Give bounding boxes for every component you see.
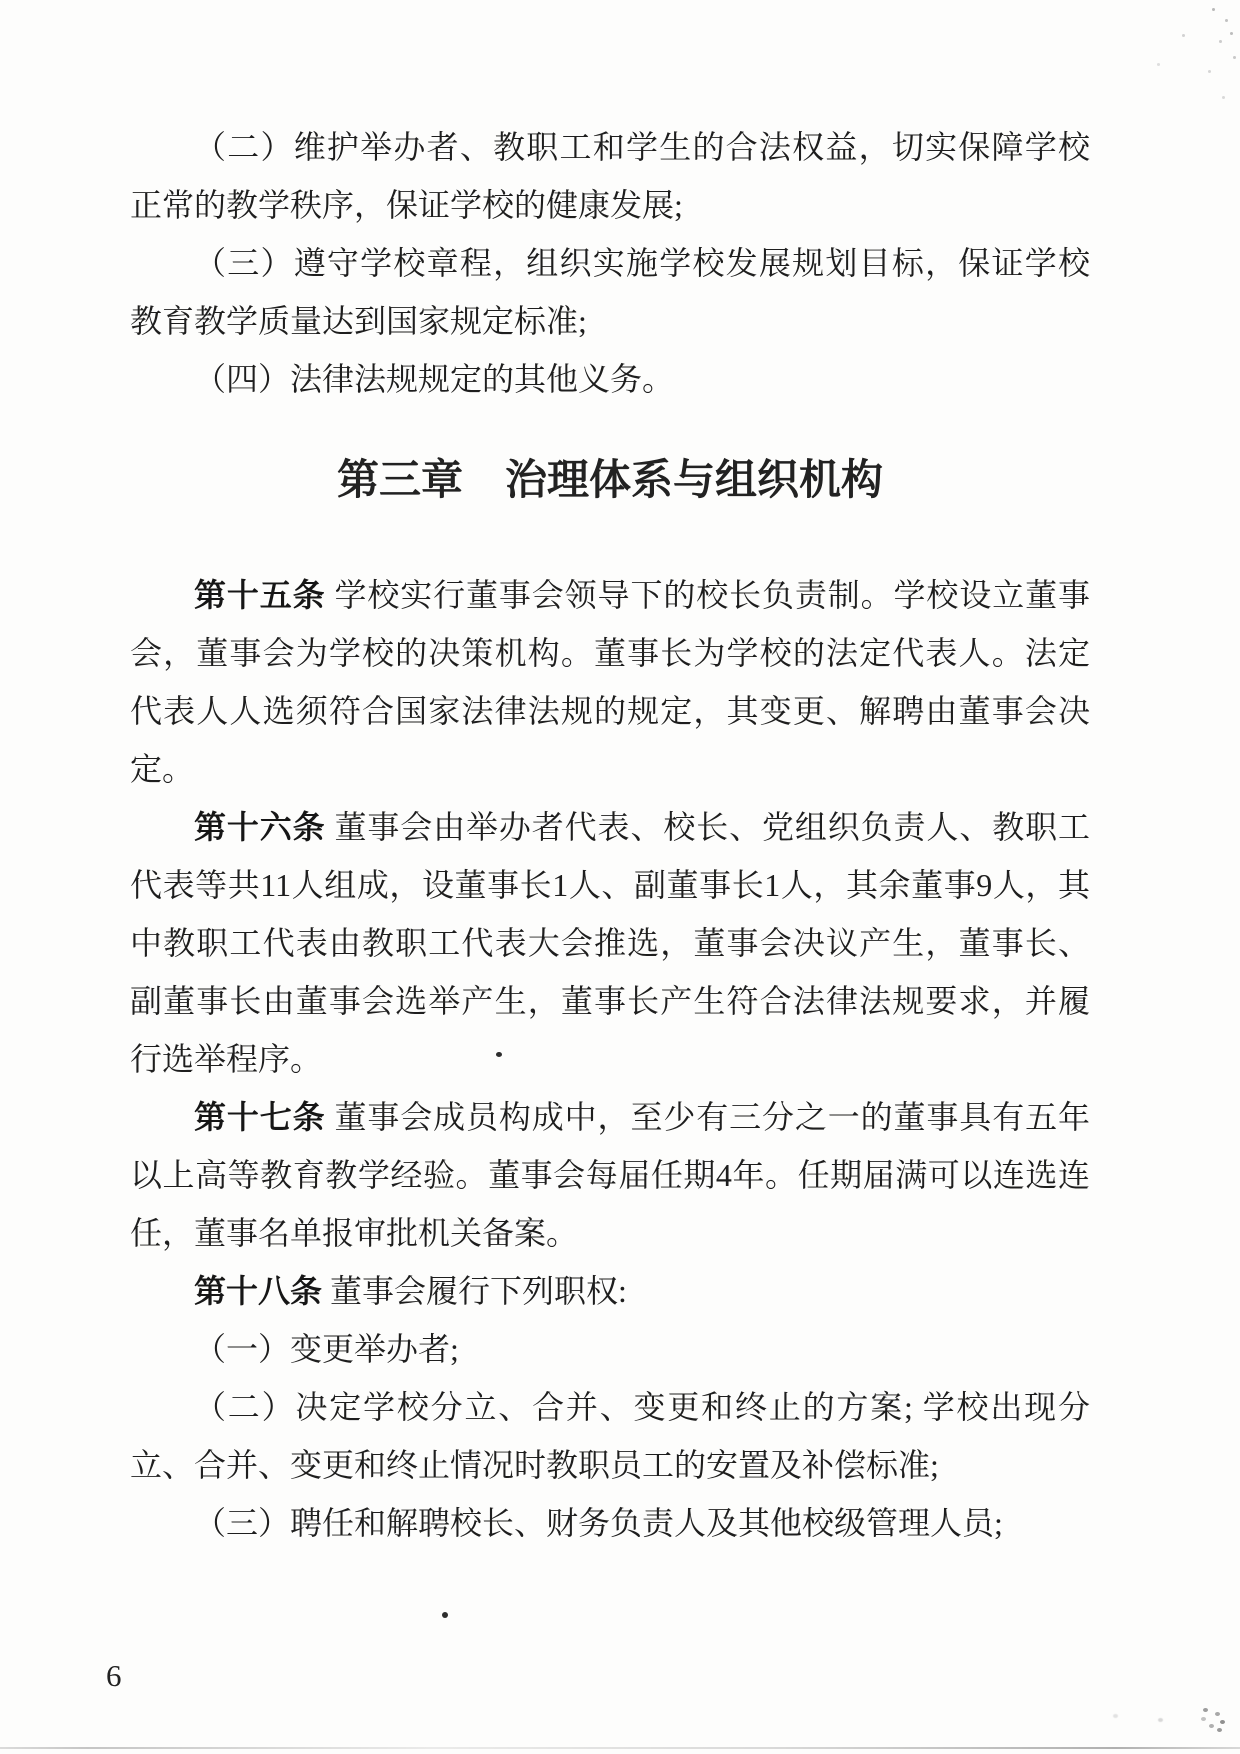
text-line: 第十五条 学校实行董事会领导下的校长负责制。学校设立董事 (130, 566, 1090, 624)
article-number: 第十八条 (194, 1273, 322, 1309)
text-line: 正常的教学秩序，保证学校的健康发展; (130, 176, 1090, 234)
text-run: 会，董事会为学校的决策机构。董事长为学校的法定代表人。法定 (130, 635, 1090, 671)
text-run: 立、合并、变更和终止情况时教职员工的安置及补偿标准; (130, 1447, 939, 1483)
text-run: 代表等共11人组成，设董事长1人、副董事长1人，其余董事9人，其 (130, 867, 1090, 903)
text-line: 行选举程序。 (130, 1030, 1090, 1088)
text-run: 董事会成员构成中，至少有三分之一的董事具有五年 (326, 1099, 1090, 1135)
text-line: 代表等共11人组成，设董事长1人、副董事长1人，其余董事9人，其 (130, 856, 1090, 914)
document-body: （二）维护举办者、教职工和学生的合法权益，切实保障学校正常的教学秩序，保证学校的… (130, 118, 1090, 1552)
text-line: （二）维护举办者、教职工和学生的合法权益，切实保障学校 (130, 118, 1090, 176)
text-run: （二）决定学校分立、合并、变更和终止的方案; 学校出现分 (194, 1389, 1090, 1425)
text-line: 中教职工代表由教职工代表大会推选，董事会决议产生，董事长、 (130, 914, 1090, 972)
scanned-document-page: （二）维护举办者、教职工和学生的合法权益，切实保障学校正常的教学秩序，保证学校的… (0, 0, 1240, 1754)
text-run: （三）遵守学校章程，组织实施学校发展规划目标，保证学校 (194, 245, 1090, 281)
text-run: （三）聘任和解聘校长、财务负责人及其他校级管理人员; (194, 1505, 1003, 1541)
text-line: 第十七条 董事会成员构成中，至少有三分之一的董事具有五年 (130, 1088, 1090, 1146)
text-run: （二）维护举办者、教职工和学生的合法权益，切实保障学校 (194, 129, 1090, 165)
text-run: 副董事长由董事会选举产生，董事长产生符合法律法规要求，并履 (130, 983, 1090, 1019)
text-line: （二）决定学校分立、合并、变更和终止的方案; 学校出现分 (130, 1378, 1090, 1436)
text-run: 代表人人选须符合国家法律法规的规定，其变更、解聘由董事会决 (130, 693, 1090, 729)
text-line: 教育教学质量达到国家规定标准; (130, 292, 1090, 350)
text-line: 会，董事会为学校的决策机构。董事长为学校的法定代表人。法定 (130, 624, 1090, 682)
text-run: （一）变更举办者; (194, 1331, 459, 1367)
scan-dot-artifact (442, 1612, 448, 1618)
text-run: 正常的教学秩序，保证学校的健康发展; (130, 187, 683, 223)
text-run: 以上高等教育教学经验。董事会每届任期4年。任期届满可以连选连 (130, 1157, 1090, 1193)
scan-dot-artifact (496, 1052, 502, 1057)
text-run: 教育教学质量达到国家规定标准; (130, 303, 587, 339)
page-number: 6 (106, 1656, 122, 1696)
text-line: （三）聘任和解聘校长、财务负责人及其他校级管理人员; (130, 1494, 1090, 1552)
scan-edge-artifact (0, 1747, 1240, 1749)
article-number: 第十五条 (194, 577, 326, 613)
text-line: （一）变更举办者; (130, 1320, 1090, 1378)
scan-smudge-artifact (1203, 1708, 1208, 1712)
text-run: 董事会履行下列职权: (322, 1273, 627, 1309)
text-line: 任，董事名单报审批机关备案。 (130, 1204, 1090, 1262)
text-run: （四）法律法规规定的其他义务。 (194, 361, 674, 397)
text-run: 任，董事名单报审批机关备案。 (130, 1215, 578, 1251)
text-line: 第十六条 董事会由举办者代表、校长、党组织负责人、教职工 (130, 798, 1090, 856)
text-run: 董事会由举办者代表、校长、党组织负责人、教职工 (326, 809, 1090, 845)
text-line: 立、合并、变更和终止情况时教职员工的安置及补偿标准; (130, 1436, 1090, 1494)
text-run: 中教职工代表由教职工代表大会推选，董事会决议产生，董事长、 (130, 925, 1090, 961)
text-line: （三）遵守学校章程，组织实施学校发展规划目标，保证学校 (130, 234, 1090, 292)
text-run: 行选举程序。 (130, 1041, 322, 1077)
article-number: 第十七条 (194, 1099, 326, 1135)
text-run: 学校实行董事会领导下的校长负责制。学校设立董事 (326, 577, 1090, 613)
scan-speckle-artifact (1212, 8, 1215, 11)
text-line: （四）法律法规规定的其他义务。 (130, 350, 1090, 408)
text-run: 定。 (130, 751, 194, 787)
text-line: 代表人人选须符合国家法律法规的规定，其变更、解聘由董事会决 (130, 682, 1090, 740)
text-line: 定。 (130, 740, 1090, 798)
text-line: 以上高等教育教学经验。董事会每届任期4年。任期届满可以连选连 (130, 1146, 1090, 1204)
chapter-heading: 第三章 治理体系与组织机构 (130, 451, 1090, 509)
text-line: 第十八条 董事会履行下列职权: (130, 1262, 1090, 1320)
text-line: 副董事长由董事会选举产生，董事长产生符合法律法规要求，并履 (130, 972, 1090, 1030)
article-number: 第十六条 (194, 809, 326, 845)
